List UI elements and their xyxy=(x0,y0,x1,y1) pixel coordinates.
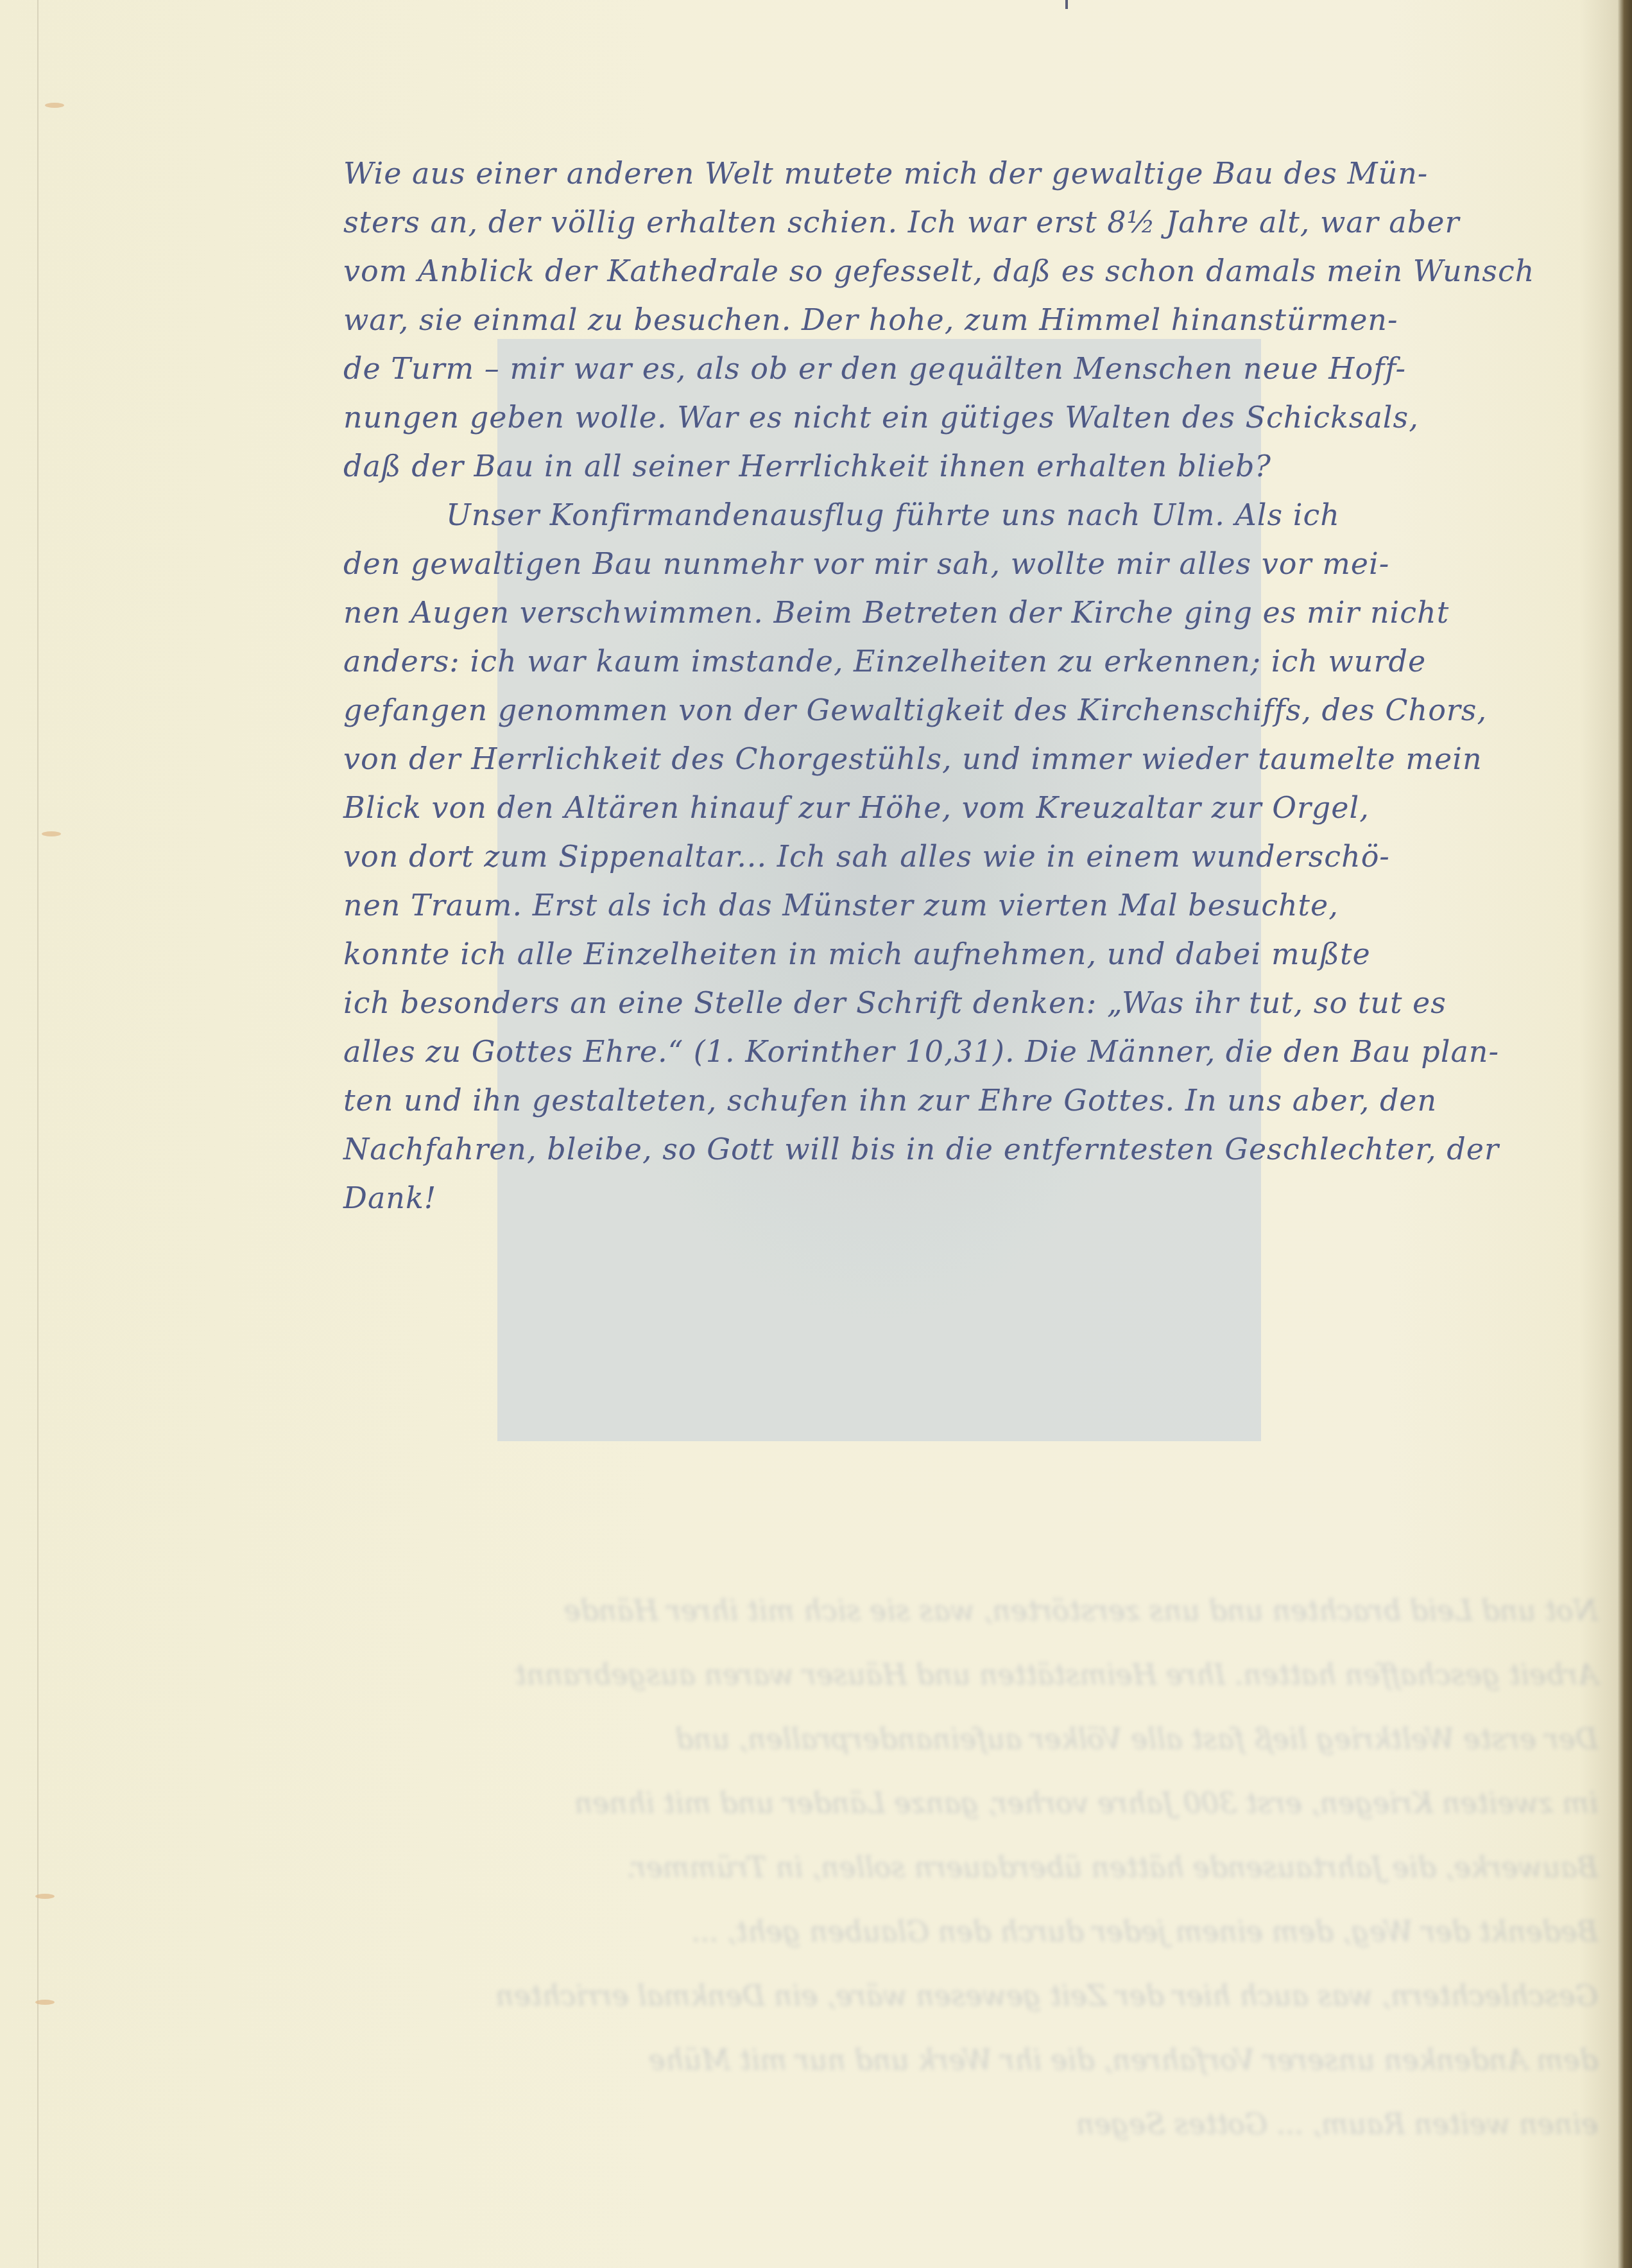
text-line: von der Herrlichkeit des Chorgestühls, u… xyxy=(343,734,1614,783)
text-line: de Turm – mir war es, als ob er den gequ… xyxy=(343,344,1614,393)
text-line: daß der Bau in all seiner Herrlichkeit i… xyxy=(343,442,1614,490)
bleed-line: dem Andenken unserer Vorfahren, die ihr … xyxy=(347,2029,1598,2093)
text-line: ten und ihn gestalteten, schufen ihn zur… xyxy=(343,1076,1614,1125)
text-line: von dort zum Sippenaltar... Ich sah alle… xyxy=(343,832,1614,881)
text-line: nen Traum. Erst als ich das Münster zum … xyxy=(343,881,1614,930)
text-line: sters an, der völlig erhalten schien. Ic… xyxy=(343,198,1614,247)
manuscript-page: Not und Leid brachten und uns zerstörten… xyxy=(0,0,1632,2268)
bleed-line: Der erste Weltkrieg ließ fast alle Völke… xyxy=(347,1708,1598,1772)
paragraph-start-line: Unser Konfirmandenausflug führte uns nac… xyxy=(343,490,1614,539)
foxing-stain xyxy=(35,2000,55,2005)
text-line: konnte ich alle Einzelheiten in mich auf… xyxy=(343,930,1614,978)
ink-mark xyxy=(1065,0,1068,9)
bleed-line: im zweiten Kriegen, erst 300 Jahre vorhe… xyxy=(347,1772,1598,1836)
text-line: Wie aus einer anderen Welt mutete mich d… xyxy=(343,149,1614,198)
handwritten-text-body: Wie aus einer anderen Welt mutete mich d… xyxy=(343,149,1614,1222)
bleed-line: Arbeit geschaffen hatten. Ihre Heimstätt… xyxy=(347,1643,1598,1708)
text-line: Blick von den Altären hinauf zur Höhe, v… xyxy=(343,783,1614,832)
bleed-line: Not und Leid brachten und uns zerstörten… xyxy=(347,1579,1598,1643)
bleed-line: Geschlechtern, was auch hier der Zeit ge… xyxy=(347,1964,1598,2029)
bleed-line: einen weiten Raum, ... Gottes Segen xyxy=(347,2093,1598,2157)
foxing-stain xyxy=(35,1894,55,1899)
text-line: alles zu Gottes Ehre.“ (1. Korinther 10,… xyxy=(343,1027,1614,1076)
text-line: ich besonders an eine Stelle der Schrift… xyxy=(343,978,1614,1027)
page-fold-line xyxy=(37,0,39,2268)
reverse-side-text-bleedthrough: Not und Leid brachten und uns zerstörten… xyxy=(347,1579,1598,2157)
foxing-stain xyxy=(42,831,61,836)
binding-edge xyxy=(1618,0,1632,2268)
text-line: gefangen genommen von der Gewaltigkeit d… xyxy=(343,686,1614,734)
bleed-line: Bedenkt der Weg, dem einem jeder durch d… xyxy=(347,1900,1598,1964)
text-line: nungen geben wolle. War es nicht ein güt… xyxy=(343,393,1614,442)
foxing-stain xyxy=(45,103,64,108)
text-line: Nachfahren, bleibe, so Gott will bis in … xyxy=(343,1125,1614,1173)
text-line: nen Augen verschwimmen. Beim Betreten de… xyxy=(343,588,1614,637)
text-line: anders: ich war kaum imstande, Einzelhei… xyxy=(343,637,1614,686)
text-line: vom Anblick der Kathedrale so gefesselt,… xyxy=(343,247,1614,295)
text-line: war, sie einmal zu besuchen. Der hohe, z… xyxy=(343,295,1614,344)
bleed-line: Bauwerke, die Jahrtausende hätten überda… xyxy=(347,1836,1598,1900)
text-line: Dank! xyxy=(343,1173,1614,1222)
text-line: den gewaltigen Bau nunmehr vor mir sah, … xyxy=(343,539,1614,588)
